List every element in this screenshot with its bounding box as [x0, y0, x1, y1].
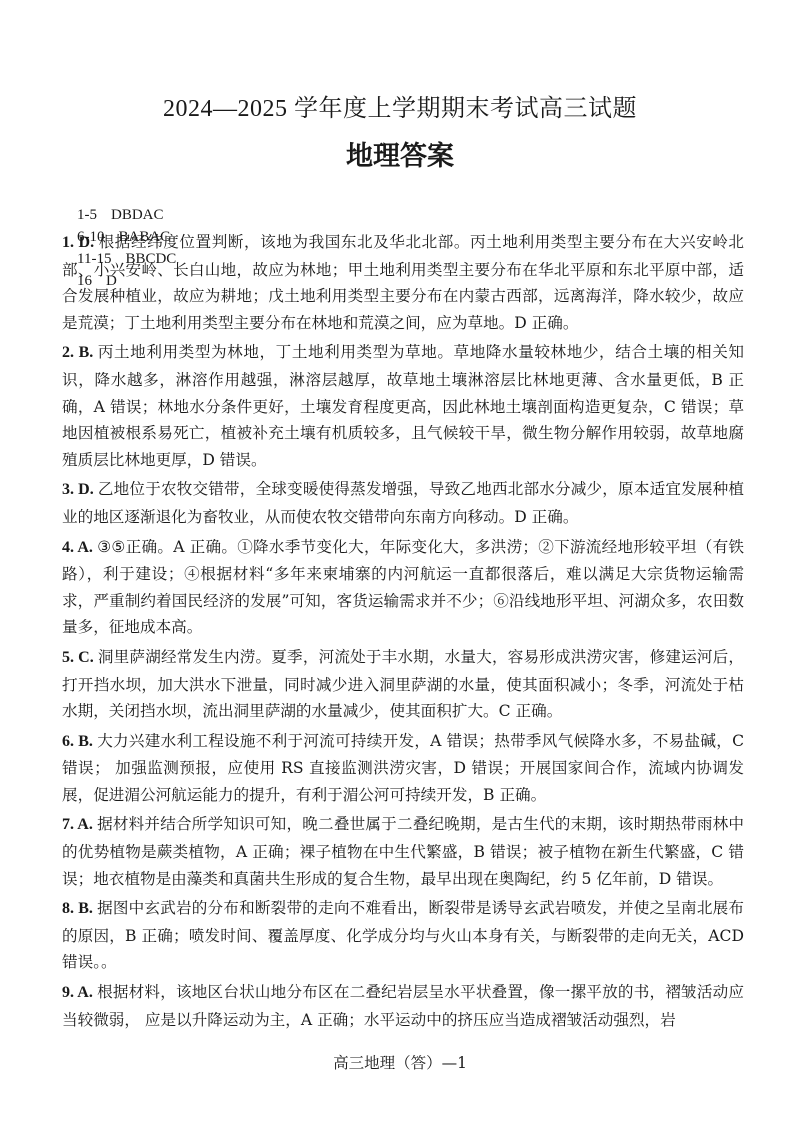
question-number: 2. B.: [62, 344, 93, 361]
explanation-text: 根据经纬度位置判断，该地为我国东北及华北北部。丙土地利用类型主要分布在大兴安岭北…: [62, 233, 744, 332]
explanation-text: 据图中玄武岩的分布和断裂带的走向不难看出，断裂带是诱导玄武岩喷发，并使之呈南北展…: [62, 899, 744, 971]
answer-heading: 地理答案: [0, 140, 800, 174]
explanation-item: 2. B.丙土地利用类型为林地，丁土地利用类型为草地。草地降水量较林地少，结合土…: [62, 339, 744, 473]
explanation-text: 乙地位于农牧交错带，全球变暖使得蒸发增强，导致乙地西北部水分减少，原本适宜发展种…: [62, 480, 744, 526]
answer-group: 1-5DBDAC: [77, 204, 164, 226]
answer-range: 1-5: [77, 204, 97, 226]
explanation-text: 据材料并结合所学知识可知，晚二叠世属于二叠纪晚期，是古生代的末期，该时期热带雨林…: [62, 815, 744, 887]
question-number: 4. A.: [62, 539, 93, 556]
explanation-item: 9. A.根据材料，该地区台状山地分布区在二叠纪岩层呈水平状叠置，像一摞平放的书…: [62, 979, 744, 1033]
explanation-item: 8. B.据图中玄武岩的分布和断裂带的走向不难看出，断裂带是诱导玄武岩喷发，并使…: [62, 895, 744, 976]
explanation-item: 7. A.据材料并结合所学知识可知，晚二叠世属于二叠纪晚期，是古生代的末期，该时…: [62, 811, 744, 892]
question-number: 9. A.: [62, 984, 93, 1001]
question-number: 6. B.: [62, 733, 93, 750]
explanation-text: 大力兴建水利工程设施不利于河流可持续开发，A 错误；热带季风气候降水多，不易盐碱…: [62, 732, 744, 804]
explanation-item: 3. D.乙地位于农牧交错带，全球变暖使得蒸发增强，导致乙地西北部水分减少，原本…: [62, 476, 744, 530]
question-number: 5. C.: [62, 649, 94, 666]
question-number: 1. D.: [62, 234, 94, 251]
explanation-text: 洞里萨湖经常发生内涝。夏季，河流处于丰水期，水量大，容易形成洪涝灾害，修建运河后…: [62, 648, 744, 720]
exam-title: 2024—2025 学年度上学期期末考试高三试题: [0, 94, 800, 124]
explanation-item: 4. A.③⑤正确。A 正确。①降水季节变化大，年际变化大，多洪涝；②下游流经地…: [62, 534, 744, 641]
explanation-text: ③⑤正确。A 正确。①降水季节变化大，年际变化大，多洪涝；②下游流经地形较平坦（…: [62, 538, 744, 637]
question-number: 3. D.: [62, 481, 94, 498]
answer-letters: DBDAC: [111, 204, 164, 226]
question-number: 8. B.: [62, 900, 93, 917]
question-number: 7. A.: [62, 816, 93, 833]
page-footer: 高三地理（答）—1: [0, 1052, 800, 1074]
explanation-item: 5. C.洞里萨湖经常发生内涝。夏季，河流处于丰水期，水量大，容易形成洪涝灾害，…: [62, 644, 744, 725]
explanation-item: 1. D.根据经纬度位置判断，该地为我国东北及华北北部。丙土地利用类型主要分布在…: [62, 229, 744, 336]
explanation-text: 根据材料，该地区台状山地分布区在二叠纪岩层呈水平状叠置，像一摞平放的书，褶皱活动…: [62, 983, 744, 1029]
document-page: 2024—2025 学年度上学期期末考试高三试题 地理答案 1-5DBDAC 6…: [0, 0, 800, 1125]
explanations: 1. D.根据经纬度位置判断，该地为我国东北及华北北部。丙土地利用类型主要分布在…: [62, 229, 744, 1036]
explanation-item: 6. B.大力兴建水利工程设施不利于河流可持续开发，A 错误；热带季风气候降水多…: [62, 728, 744, 809]
explanation-text: 丙土地利用类型为林地，丁土地利用类型为草地。草地降水量较林地少，结合土壤的相关知…: [62, 343, 744, 468]
